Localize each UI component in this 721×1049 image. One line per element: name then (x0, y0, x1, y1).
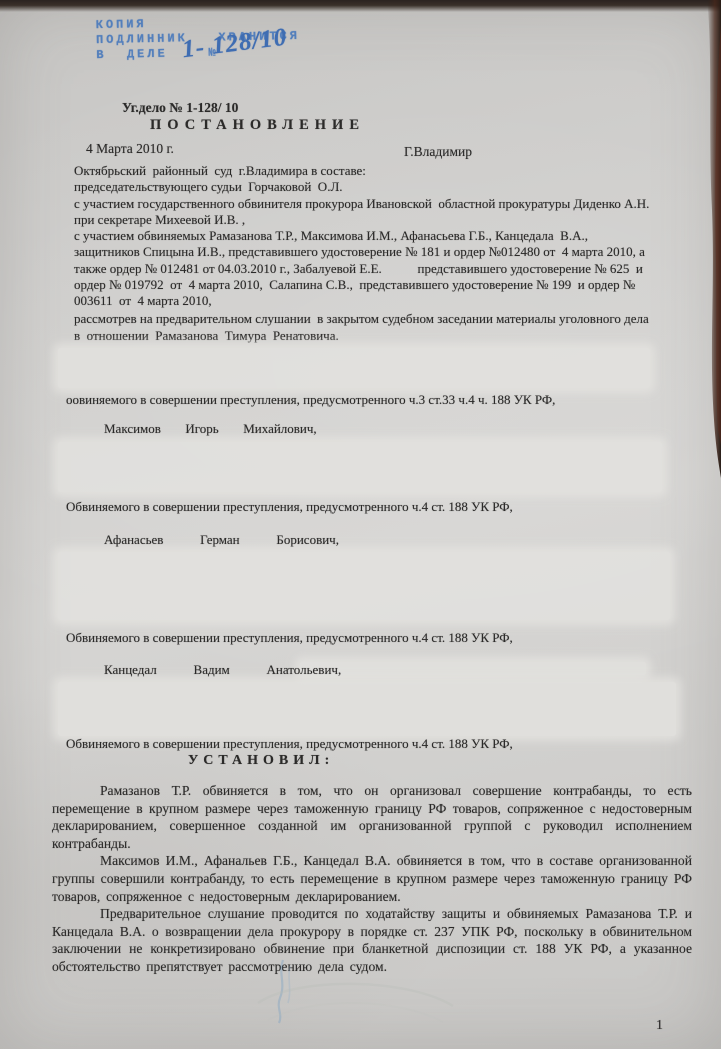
composition-line: при секретаре Михеевой И.В. , (74, 212, 696, 228)
scan-edge-right (703, 0, 721, 480)
composition-line: 003611 от 4 марта 2010, (74, 293, 696, 309)
composition-line: председательствующего судьи Горчаковой О… (74, 179, 696, 195)
considered-line: в отношении Рамазанова Тимура Ренатовича… (74, 328, 696, 345)
composition-line: с участием обвиняемых Рамазанова Т.Р., М… (74, 228, 696, 244)
page-number: 1 (656, 1018, 663, 1034)
composition-line: с участием государственного обвинителя п… (74, 196, 696, 212)
scan-edge-top (0, 0, 721, 12)
composition-line: защитников Спицына И.В., представившего … (74, 244, 696, 260)
body-paragraph-2: Максимов И.М., Афанальев Г.Б., Канцедал … (52, 852, 692, 905)
defendant-name-maksimov: Максимов Игорь Михайлович, (104, 421, 604, 437)
defendant-name-afanasev: Афанасьев Герман Борисович, (104, 532, 604, 548)
charge-line-3: Обвиняемого в совершении преступления, п… (66, 630, 666, 646)
charge-line-1: оовиняемого в совершении преступления, п… (66, 392, 666, 408)
redaction-block-3 (58, 552, 670, 620)
document-city: Г.Владимир (404, 144, 472, 160)
court-composition-block: Октябрьский районный суд г.Владимира в с… (74, 163, 696, 310)
composition-line: Октябрьский районный суд г.Владимира в с… (74, 163, 696, 179)
faint-round-stamp (238, 948, 468, 1038)
redaction-block-4 (58, 682, 676, 736)
redaction-block-1 (58, 348, 650, 388)
case-number-line: Уг.дело № 1-128/ 10 (122, 100, 238, 116)
redaction-block-2 (58, 442, 662, 492)
defendant-name-kantsedal: Канцедал Вадим Анатольевич, (104, 662, 604, 678)
document-date: 4 Марта 2010 г. (86, 141, 174, 157)
charge-line-2: Обвиняемого в совершении преступления, п… (66, 499, 666, 515)
composition-line: также ордер № 012481 от 04.03.2010 г., З… (74, 261, 696, 277)
resolution-heading: УСТАНОВИЛ: (188, 753, 334, 769)
charge-line-4: Обвиняемого в совершении преступления, п… (66, 736, 666, 752)
case-considered-block: рассмотрев на предварительном слушании в… (74, 311, 696, 344)
scanned-court-document-page: КОПИЯ ПОДЛИННИК ХРАНИТСЯ В ДЕЛЕ № 1- 128… (0, 0, 721, 1049)
body-paragraph-1: Рамазанов Т.Р. обвиняется в том, что он … (52, 782, 692, 852)
resolution-body: Рамазанов Т.Р. обвиняется в том, что он … (52, 782, 692, 976)
considered-line: рассмотрев на предварительном слушании в… (74, 311, 696, 328)
document-title: ПОСТАНОВЛЕНИЕ (150, 117, 365, 134)
composition-line: ордер № 019792 от 4 марта 2010, Салапина… (74, 277, 696, 293)
